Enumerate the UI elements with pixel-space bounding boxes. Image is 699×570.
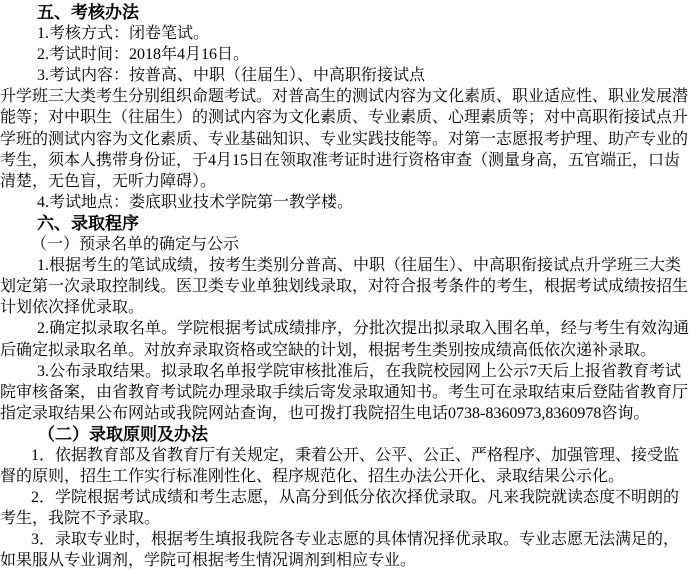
text-line: 考生，我院不予录取。 [0, 508, 699, 529]
numbered-item-line: 2.确定拟录取名单。学院根据考试成绩排序，分批次提出拟录取入围名单，经与考生有效… [0, 318, 699, 339]
subsection-heading: （二）录取原则及办法 [0, 424, 699, 445]
numbered-item-line: 1．依据教育部及省教育厅有关规定，秉着公开、公平、公正、严格程序、加强管理、接受… [0, 445, 699, 466]
numbered-item-line: 2.考试时间：2018年4月16日。 [0, 44, 699, 65]
text-line: 能等；对中职生（往届生）的测试内容为文化素质、专业素质、心理素质等；对中高职衔接… [0, 107, 699, 128]
section-heading: 六、录取程序 [0, 213, 699, 234]
document-body: 五、考核办法1.考核方式：闭卷笔试。2.考试时间：2018年4月16日。3.考试… [0, 0, 699, 570]
text-line: 后确定拟录取名单。对放弃录取资格或空缺的计划，根据考生类别按成绩高低依次递补录取… [0, 340, 699, 361]
subsection-title: （一）预录名单的确定与公示 [0, 234, 699, 255]
text-line: 指定录取结果公布网站或我院网站查询，也可拨打我院招生电话0738-8360973… [0, 403, 699, 424]
numbered-item-line: 1.考核方式：闭卷笔试。 [0, 23, 699, 44]
numbered-item-line: 4.考试地点：娄底职业技术学院第一教学楼。 [0, 192, 699, 213]
numbered-item-line: 1.根据考生的笔试成绩，按考生类别分普高、中职（往届生）、中高职衔接试点升学班三… [0, 255, 699, 276]
document-page: 五、考核办法1.考核方式：闭卷笔试。2.考试时间：2018年4月16日。3.考试… [0, 0, 699, 570]
text-line: 督的原则，招生工作实行标准刚性化、程序规范化、招生办法公开化、录取结果公示化。 [0, 466, 699, 487]
text-line: 如果服从专业调剂，学院可根据考生情况调剂到相应专业。 [0, 550, 699, 570]
numbered-item-line: 2．学院根据考试成绩和考生志愿，从高分到低分依次择优录取。凡来我院就读态度不明朗… [0, 487, 699, 508]
numbered-item-line: 3.公布录取结果。拟录取名单报学院审核批准后，在我院校园网上公示7天后上报省教育… [0, 361, 699, 382]
text-line: 升学班三大类考生分别组织命题考试。对普高生的测试内容为文化素质、职业适应性、职业… [0, 86, 699, 107]
text-line: 划定第一次录取控制线。医卫类专业单独划线录取，对符合报考条件的考生，根据考试成绩… [0, 276, 699, 297]
numbered-item-line: 3.考试内容：按普高、中职（往届生）、中高职衔接试点 [0, 65, 699, 86]
text-line: 院审核备案，由省教育考试院办理录取手续后寄发录取通知书。考生可在录取结束后登陆省… [0, 382, 699, 403]
text-line: 学班的测试内容为文化素质、专业基础知识、专业实践技能等。对第一志愿报考护理、助产… [0, 129, 699, 150]
section-heading: 五、考核办法 [0, 2, 699, 23]
text-line: 清楚，无色盲，无听力障碍）。 [0, 171, 699, 192]
text-line: 计划依次择优录取。 [0, 297, 699, 318]
numbered-item-line: 3．录取专业时，根据考生填报我院各专业志愿的具体情况择优录取。专业志愿无法满足的… [0, 529, 699, 550]
text-line: 考生，须本人携带身份证，于4月15日在领取准考证时进行资格审查（测量身高，五官端… [0, 150, 699, 171]
